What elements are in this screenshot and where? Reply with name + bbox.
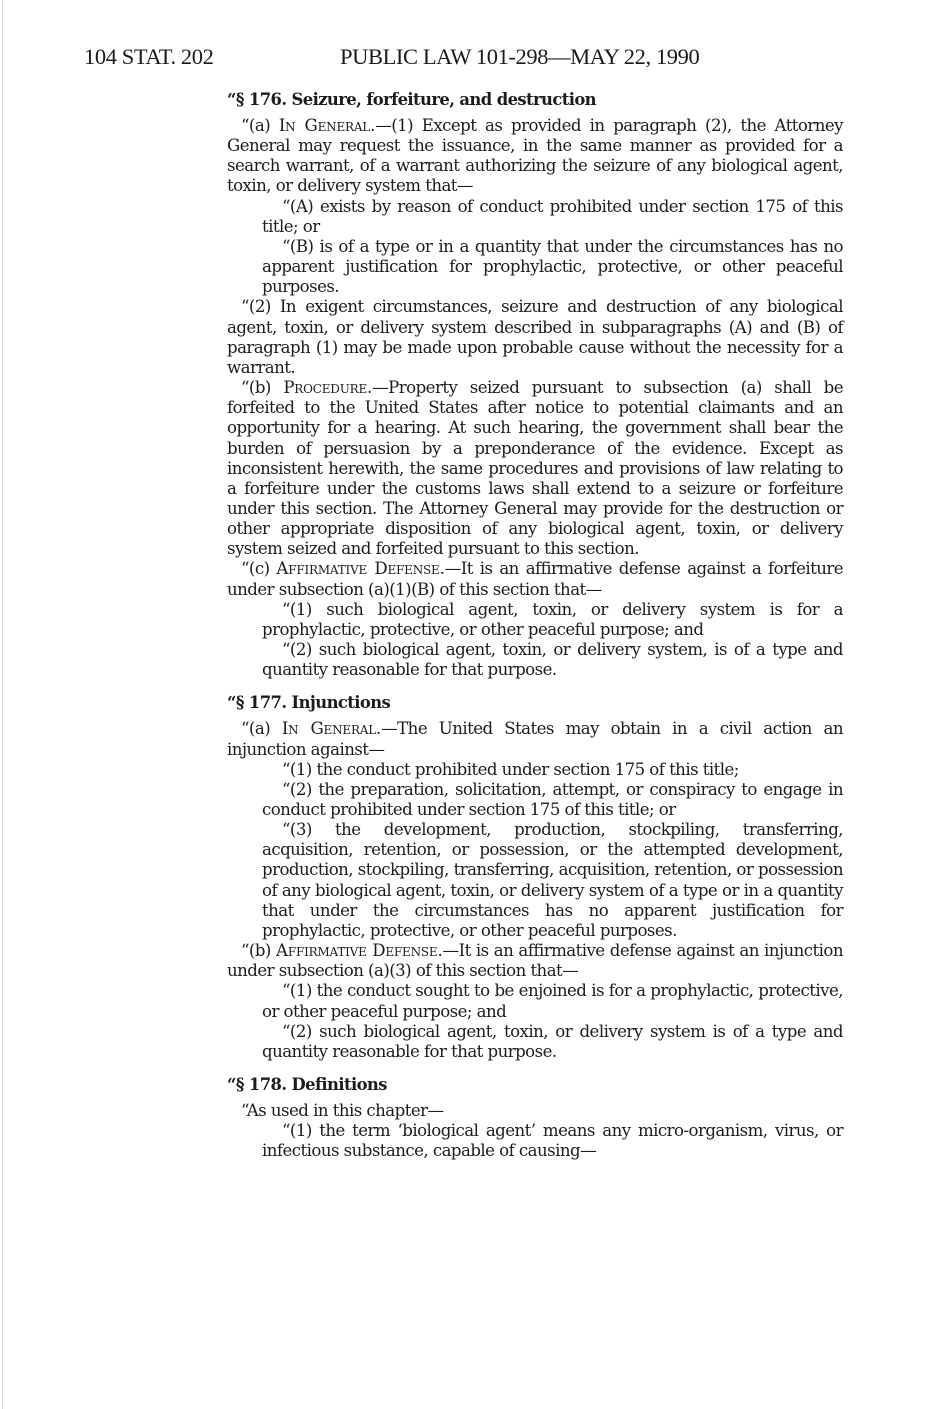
- section-176-subsection-c: “(c) Affirmative Defense.—It is an affir…: [227, 559, 843, 599]
- subsection-caption: Affirmative Defense.: [276, 559, 444, 578]
- section-177-b-1: “(1) the conduct sought to be enjoined i…: [227, 981, 843, 1021]
- running-header: 104 STAT. 202 PUBLIC LAW 101-298—MAY 22,…: [84, 44, 784, 72]
- section-176-c-2: “(2) such biological agent, toxin, or de…: [227, 640, 843, 680]
- scan-page-edge: [2, 0, 3, 1409]
- subsection-caption: In General.: [282, 719, 381, 738]
- section-176-subsection-a: “(a) In General.—(1) Except as provided …: [227, 116, 843, 197]
- section-177-b-2: “(2) such biological agent, toxin, or de…: [227, 1022, 843, 1062]
- section-177-subsection-b: “(b) Affirmative Defense.—It is an affir…: [227, 941, 843, 981]
- section-177-a-2: “(2) the preparation, solicitation, atte…: [227, 780, 843, 820]
- section-177-a-1: “(1) the conduct prohibited under sectio…: [227, 760, 843, 780]
- section-176-subsection-b: “(b) Procedure.—Property seized pursuant…: [227, 378, 843, 559]
- section-178-heading: “§ 178. Definitions: [227, 1075, 843, 1095]
- stat-citation: 104 STAT. 202: [84, 44, 213, 70]
- section-178-intro: “As used in this chapter—: [227, 1101, 843, 1121]
- section-176-a-2: “(2) In exigent circumstances, seizure a…: [227, 297, 843, 378]
- document-body: “§ 176. Seizure, forfeiture, and destruc…: [227, 90, 843, 1162]
- section-177-heading: “§ 177. Injunctions: [227, 693, 843, 713]
- section-176-heading: “§ 176. Seizure, forfeiture, and destruc…: [227, 90, 843, 110]
- section-178-item-1: “(1) the term ‘biological agent’ means a…: [227, 1121, 843, 1161]
- section-176-a-1-A: “(A) exists by reason of conduct prohibi…: [227, 197, 843, 237]
- section-176-a-1-B: “(B) is of a type or in a quantity that …: [227, 237, 843, 297]
- subsection-caption: In General.: [279, 116, 375, 135]
- section-177-a-3: “(3) the development, production, stockp…: [227, 820, 843, 941]
- law-title: PUBLIC LAW 101-298—MAY 22, 1990: [340, 44, 699, 70]
- subsection-caption: Affirmative Defense.: [276, 941, 443, 960]
- section-177-subsection-a: “(a) In General.—The United States may o…: [227, 719, 843, 759]
- subsection-caption: Procedure.: [283, 378, 372, 397]
- section-176-c-1: “(1) such biological agent, toxin, or de…: [227, 600, 843, 640]
